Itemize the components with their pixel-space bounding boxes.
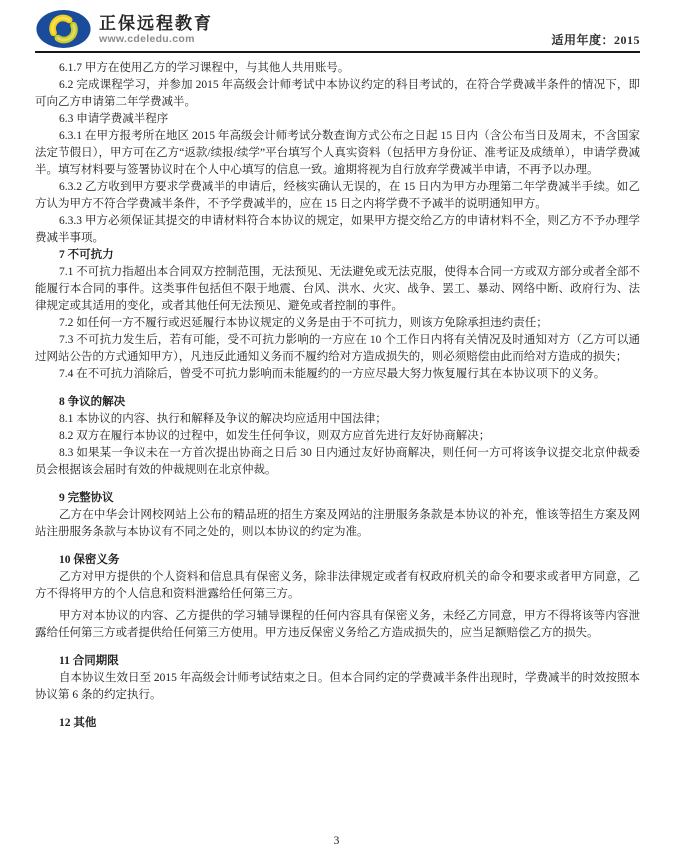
section-heading: 8 争议的解决 [35,394,640,411]
paragraph: 6.3 申请学费减半程序 [35,111,640,128]
applicable-year-label: 适用年度：2015 [551,31,640,49]
page-footer: 3 [0,835,673,847]
paragraph: 6.1.7 甲方在使用乙方的学习课程中，与其他人共用账号。 [35,60,640,77]
cdel-logo-icon [35,9,92,49]
paragraph: 7.1 不可抗力指超出本合同双方控制范围，无法预见、无法避免或无法克服，使得本合… [35,264,640,315]
paragraph: 甲方对本协议的内容、乙方提供的学习辅导课程的任何内容具有保密义务，未经乙方同意，… [35,608,640,642]
paragraph: 8.3 如果某一争议未在一方首次提出协商之日后 30 日内通过友好协商解决，则任… [35,445,640,479]
paragraph: 自本协议生效日至 2015 年高级会计师考试结束之日。但本合同约定的学费减半条件… [35,670,640,704]
paragraph: 6.3.1 在甲方报考所在地区 2015 年高级会计师考试分数查询方式公布之日起… [35,128,640,179]
document-body: 6.1.7 甲方在使用乙方的学习课程中，与其他人共用账号。6.2 完成课程学习，… [0,53,673,732]
section-heading: 9 完整协议 [35,490,640,507]
paragraph: 6.2 完成课程学习，并参加 2015 年高级会计师考试中本协议约定的科目考试的… [35,77,640,111]
section-heading: 10 保密义务 [35,552,640,569]
page-header: 正保远程教育 www.cdeledu.com 适用年度：2015 [0,0,673,49]
section-heading: 12 其他 [35,715,640,732]
brand-name: 正保远程教育 [99,14,213,33]
paragraph: 6.3.2 乙方收到甲方要求学费减半的申请后，经核实确认无误的，在 15 日内为… [35,179,640,213]
section-heading: 7 不可抗力 [35,247,640,264]
logo-block: 正保远程教育 www.cdeledu.com [35,9,213,49]
document-page: 正保远程教育 www.cdeledu.com 适用年度：2015 6.1.7 甲… [0,0,673,854]
brand-website: www.cdeledu.com [99,33,213,45]
paragraph: 7.2 如任何一方不履行或迟延履行本协议规定的义务是由于不可抗力，则该方免除承担… [35,315,640,332]
paragraph: 乙方在中华会计网校网站上公布的精品班的招生方案及网站的注册服务条款是本协议的补充… [35,507,640,541]
paragraph: 乙方对甲方提供的个人资料和信息具有保密义务，除非法律规定或者有权政府机关的命令和… [35,569,640,603]
paragraph: 7.3 不可抗力发生后，若有可能，受不可抗力影响的一方应在 10 个工作日内将有… [35,332,640,366]
paragraph: 6.3.3 甲方必须保证其提交的申请材料符合本协议的规定，如果甲方提交给乙方的申… [35,213,640,247]
page-number: 3 [334,835,340,847]
paragraph: 8.1 本协议的内容、执行和解释及争议的解决均应适用中国法律； [35,411,640,428]
paragraph: 8.2 双方在履行本协议的过程中，如发生任何争议，则双方应首先进行友好协商解决； [35,428,640,445]
logo-text: 正保远程教育 www.cdeledu.com [99,14,213,45]
section-heading: 11 合同期限 [35,653,640,670]
paragraph: 7.4 在不可抗力消除后，曾受不可抗力影响而未能履约的一方应尽最大努力恢复履行其… [35,366,640,383]
